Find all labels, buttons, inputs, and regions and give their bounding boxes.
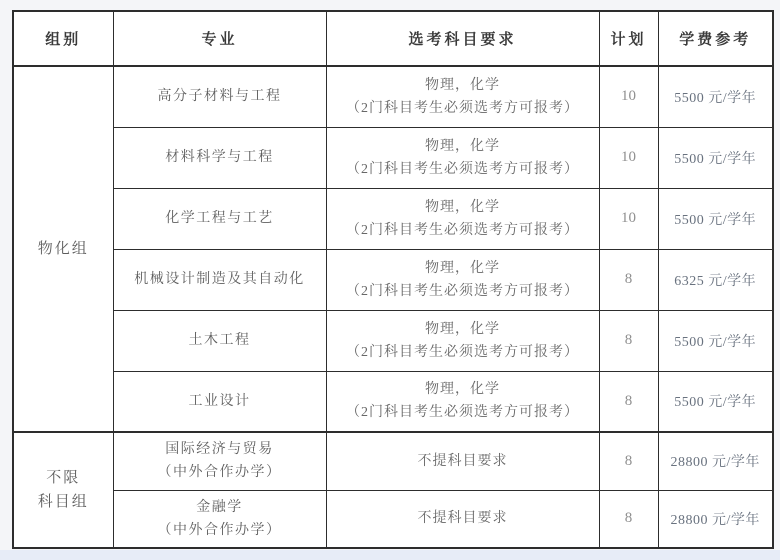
admission-plan-table-wrap: 组别 专业 选考科目要求 计划 学费参考 物化组 高分子材料与工程: [12, 10, 774, 549]
header-cell-subjects: 选考科目要求: [326, 11, 599, 66]
group-cell-unrestricted: 不限 科目组: [13, 432, 113, 548]
major-cell: 材料科学与工程: [113, 127, 326, 188]
tuition-cell: 5500 元/学年: [658, 371, 773, 432]
bottom-strip: [0, 550, 780, 560]
subjects-cell: 物理，化学 （2门科目考生必须选考方可报考）: [326, 371, 599, 432]
subjects-cell: 不提科目要求: [326, 490, 599, 548]
group-name: 物化组: [14, 237, 113, 261]
subjects-cell: 物理，化学 （2门科目考生必须选考方可报考）: [326, 249, 599, 310]
subjects-cell: 不提科目要求: [326, 432, 599, 490]
header-cell-tuition: 学费参考: [658, 11, 773, 66]
subjects-cell: 物理，化学 （2门科目考生必须选考方可报考）: [326, 188, 599, 249]
tuition-cell: 5500 元/学年: [658, 66, 773, 127]
header-row: 组别 专业 选考科目要求 计划 学费参考: [13, 11, 773, 66]
admission-plan-table: 组别 专业 选考科目要求 计划 学费参考 物化组 高分子材料与工程: [12, 10, 774, 549]
table-row: 工业设计 物理，化学 （2门科目考生必须选考方可报考） 8 5500 元/学年: [13, 371, 773, 432]
major-cell: 国际经济与贸易 （中外合作办学）: [113, 432, 326, 490]
page-background: 组别 专业 选考科目要求 计划 学费参考 物化组 高分子材料与工程: [0, 0, 780, 560]
major-cell: 金融学 （中外合作办学）: [113, 490, 326, 548]
major-cell: 化学工程与工艺: [113, 188, 326, 249]
table-row: 材料科学与工程 物理，化学 （2门科目考生必须选考方可报考） 10 5500 元…: [13, 127, 773, 188]
table-row: 机械设计制造及其自动化 物理，化学 （2门科目考生必须选考方可报考） 8 632…: [13, 249, 773, 310]
plan-cell: 8: [599, 371, 658, 432]
group-cell-physchem: 物化组: [13, 66, 113, 432]
major-cell: 高分子材料与工程: [113, 66, 326, 127]
plan-cell: 8: [599, 249, 658, 310]
table-row: 土木工程 物理，化学 （2门科目考生必须选考方可报考） 8 5500 元/学年: [13, 310, 773, 371]
plan-cell: 8: [599, 490, 658, 548]
table-row: 金融学 （中外合作办学） 不提科目要求 8 28800 元/学年: [13, 490, 773, 548]
tuition-cell: 28800 元/学年: [658, 432, 773, 490]
group-name: 科目组: [14, 490, 113, 514]
major-cell: 土木工程: [113, 310, 326, 371]
header-cell-group: 组别: [13, 11, 113, 66]
table-row: 不限 科目组 国际经济与贸易 （中外合作办学） 不提科目要求 8 28800 元…: [13, 432, 773, 490]
tuition-cell: 6325 元/学年: [658, 249, 773, 310]
tuition-cell: 5500 元/学年: [658, 310, 773, 371]
group-name: 不限: [14, 466, 113, 490]
major-cell: 机械设计制造及其自动化: [113, 249, 326, 310]
header-cell-major: 专业: [113, 11, 326, 66]
tuition-cell: 5500 元/学年: [658, 127, 773, 188]
plan-cell: 10: [599, 188, 658, 249]
plan-cell: 10: [599, 66, 658, 127]
subjects-cell: 物理，化学 （2门科目考生必须选考方可报考）: [326, 127, 599, 188]
table-row: 化学工程与工艺 物理，化学 （2门科目考生必须选考方可报考） 10 5500 元…: [13, 188, 773, 249]
plan-cell: 8: [599, 310, 658, 371]
plan-cell: 8: [599, 432, 658, 490]
plan-cell: 10: [599, 127, 658, 188]
tuition-cell: 28800 元/学年: [658, 490, 773, 548]
table-row: 物化组 高分子材料与工程 物理，化学 （2门科目考生必须选考方可报考） 10 5…: [13, 66, 773, 127]
major-cell: 工业设计: [113, 371, 326, 432]
subjects-cell: 物理，化学 （2门科目考生必须选考方可报考）: [326, 310, 599, 371]
subjects-cell: 物理，化学 （2门科目考生必须选考方可报考）: [326, 66, 599, 127]
tuition-cell: 5500 元/学年: [658, 188, 773, 249]
header-cell-plan: 计划: [599, 11, 658, 66]
